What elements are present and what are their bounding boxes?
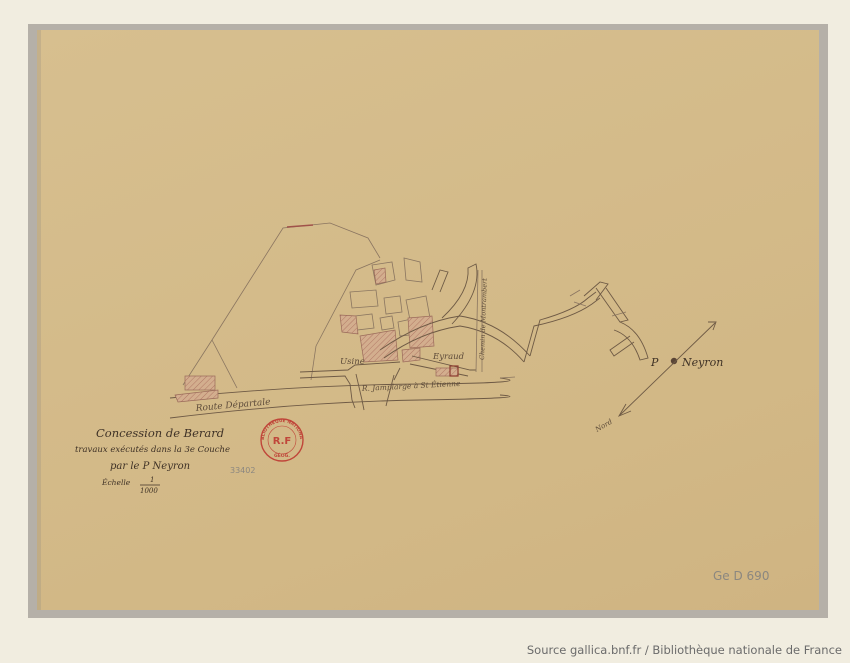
route-departale [170, 377, 515, 418]
label-chemin: Chemin de Montrambert [478, 278, 489, 360]
label-usine: Usine [340, 357, 365, 367]
label-street: R. Jamplarge à St Étienne [361, 379, 462, 393]
title-block: Concession de Berard travaux exécutés da… [75, 426, 230, 495]
stamp-outer-top: BIBLIOTHÈQUE NATIONALE [0, 0, 304, 440]
buildings-west [175, 376, 218, 402]
label-puits-name: Neyron [681, 356, 723, 369]
title-line-3: par le P Neyron [110, 461, 190, 472]
inventory-number: 33402 [230, 466, 255, 475]
stamp-center: R.F [273, 436, 292, 447]
scale-numerator: 1 [150, 476, 154, 484]
bnf-stamp: R.F BIBLIOTHÈQUE NATIONALE GÉOG. [0, 0, 304, 461]
north-arrow [619, 322, 716, 416]
shaft-markers [436, 366, 458, 376]
label-puits-prefix: P [650, 356, 659, 369]
shelfmark: Ge D 690 [713, 569, 769, 583]
map-drawing: Route Départale Usine Eyraud R. Jamplarg… [0, 0, 850, 663]
title-line-2: travaux exécutés dans la 3e Couche [75, 444, 230, 455]
title-line-1: Concession de Berard [96, 426, 224, 440]
label-north: Nord [593, 417, 614, 434]
label-eyraud: Eyraud [432, 352, 465, 362]
scale-denominator: 1000 [140, 487, 158, 495]
scale-prefix: Échelle [101, 478, 131, 487]
svg-text:BIBLIOTHÈQUE NATIONALE: BIBLIOTHÈQUE NATIONALE [0, 0, 304, 440]
source-caption: Source gallica.bnf.fr / Bibliothèque nat… [527, 643, 842, 657]
stamp-outer-bottom: GÉOG. [274, 451, 290, 459]
